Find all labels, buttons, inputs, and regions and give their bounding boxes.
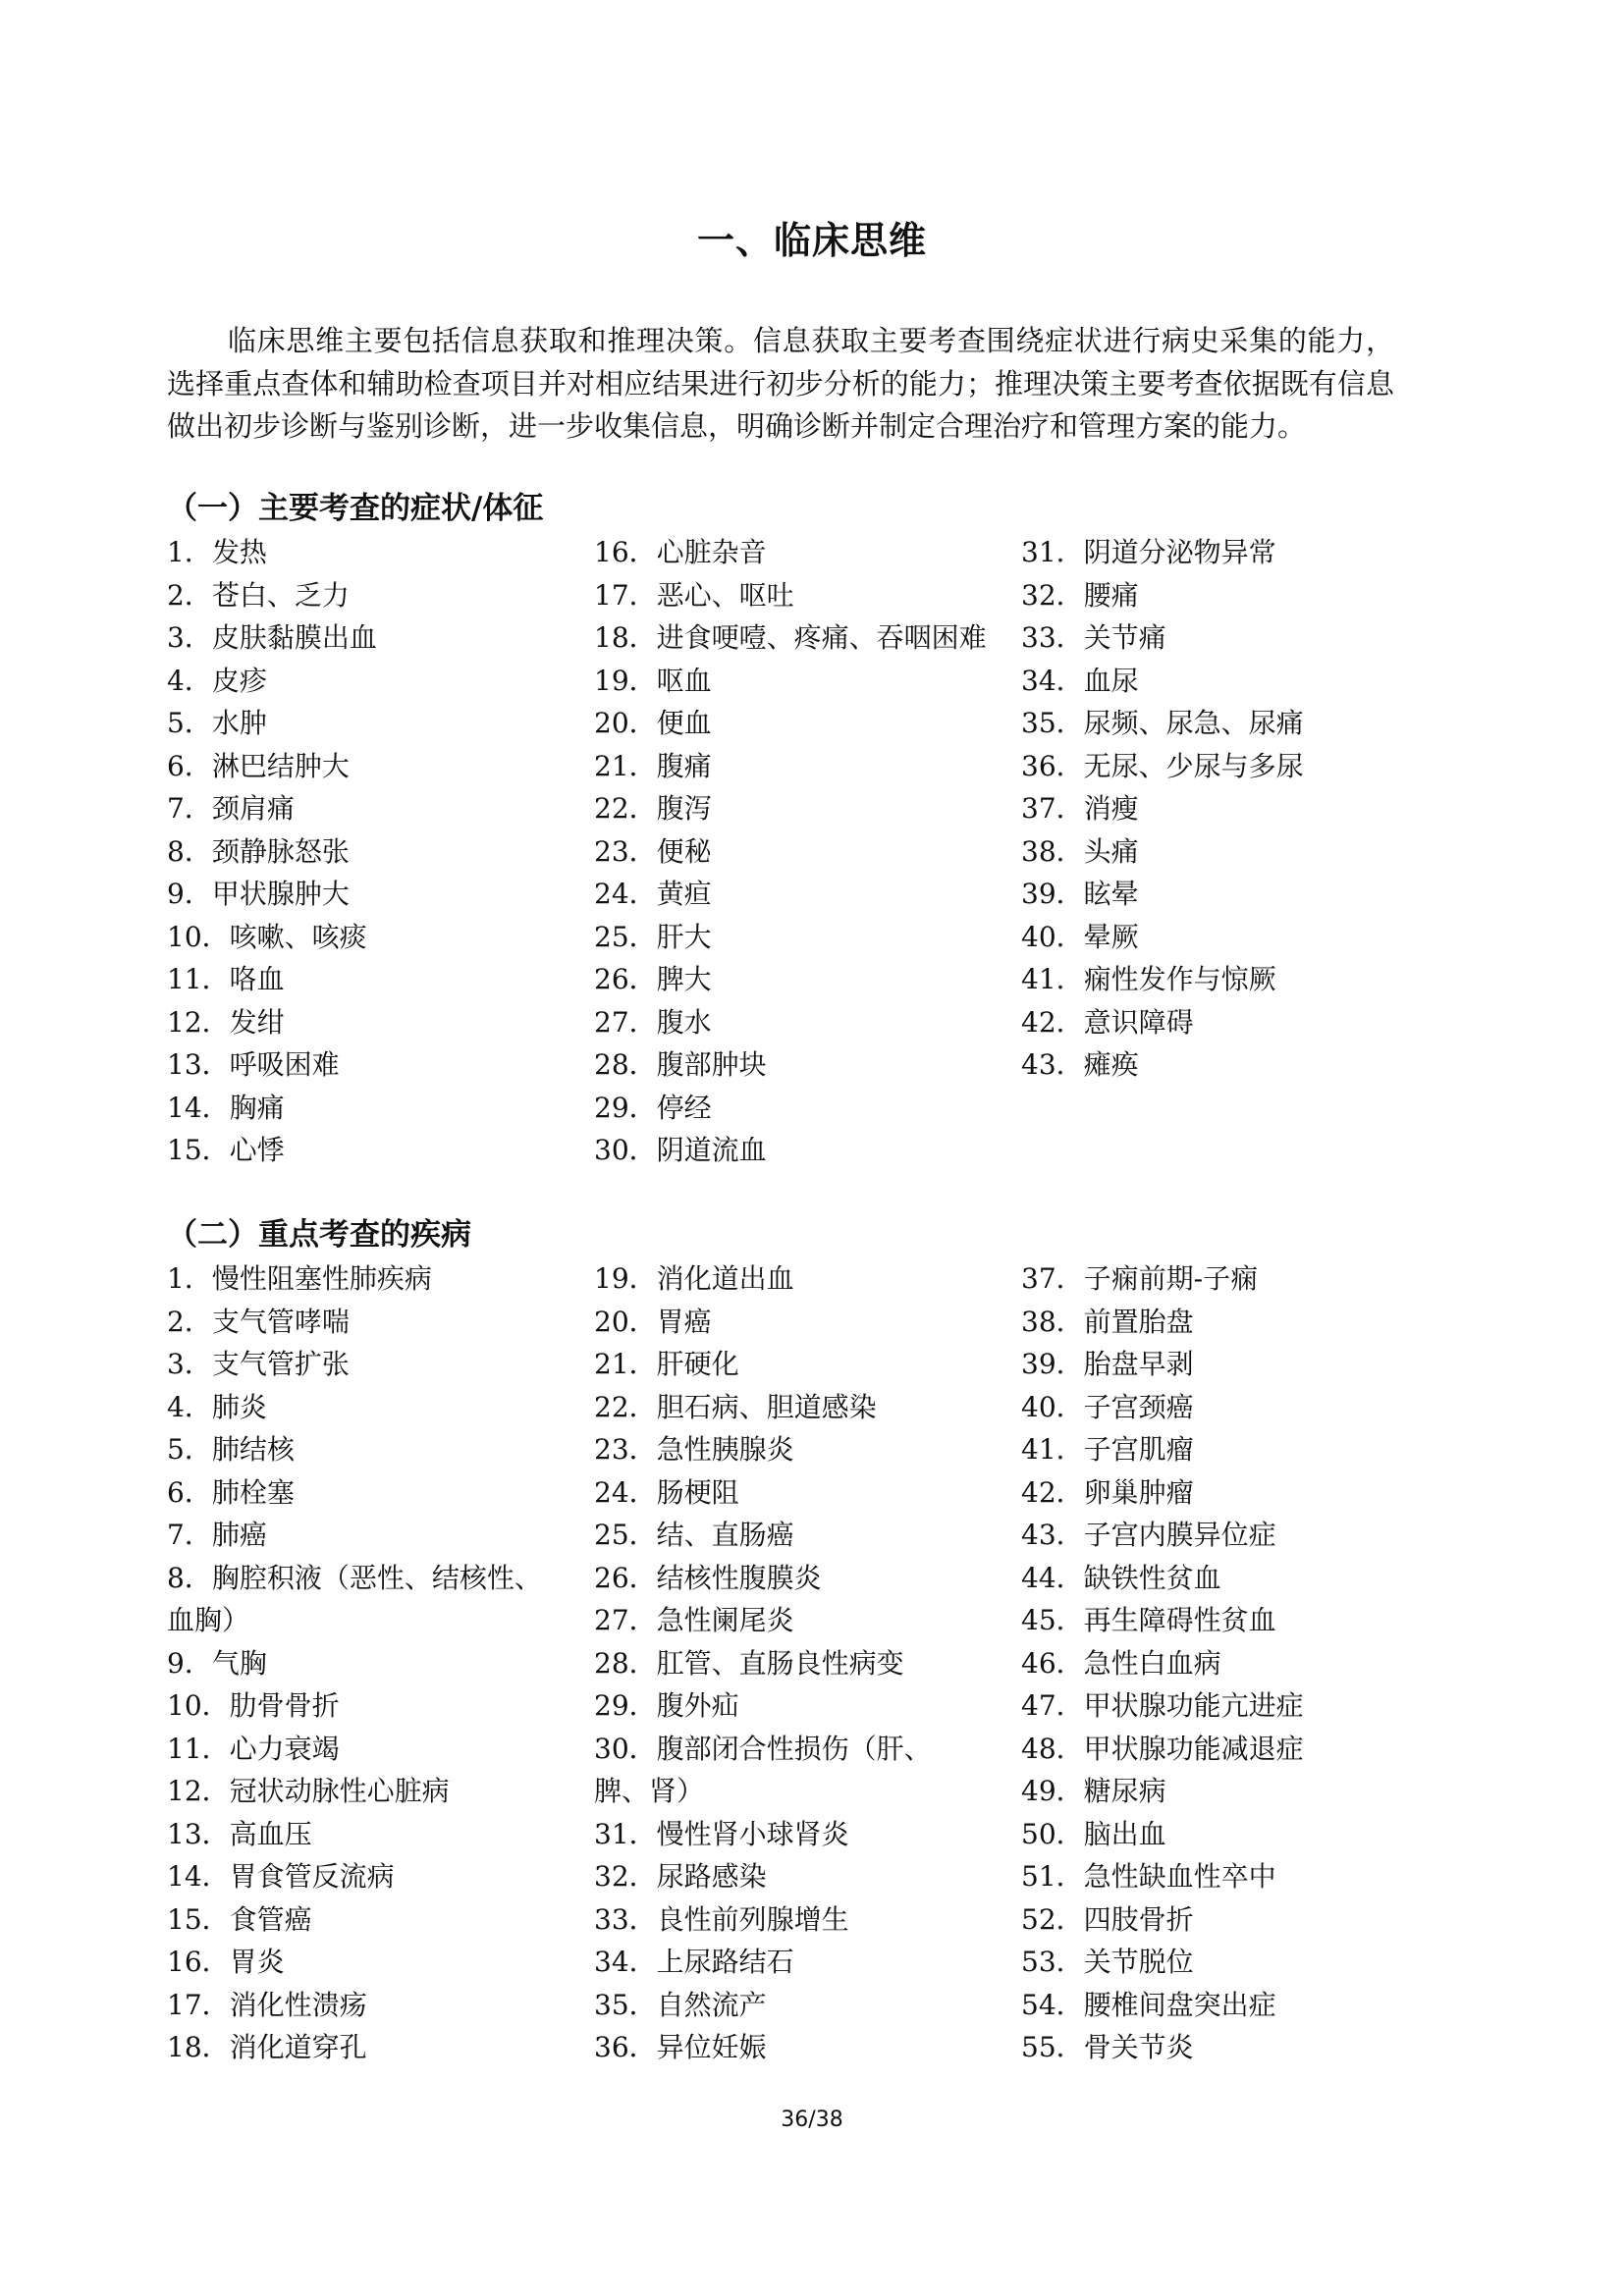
list-item: 6．肺栓塞	[167, 1471, 560, 1515]
diseases-col-2: 19．消化道出血20．胃癌21．肝硬化22．胆石病、胆道感染23．急性胰腺炎24…	[594, 1257, 977, 2069]
list-item: 23．便秘	[594, 830, 1006, 874]
symptoms-col-3: 31．阴道分泌物异常32．腰痛33．关节痛34．血尿35．尿频、尿急、尿痛36．…	[1021, 531, 1414, 1087]
list-item: 28．肛管、直肠良性病变	[594, 1642, 977, 1685]
list-item: 15．食管癌	[167, 1898, 560, 1942]
symptoms-col-1: 1．发热2．苍白、乏力3．皮肤黏膜出血4．皮疹5．水肿6．淋巴结肿大7．颈肩痛8…	[167, 531, 579, 1172]
list-item: 8．胸腔积液（恶性、结核性、血胸）	[167, 1557, 560, 1642]
list-item: 25．结、直肠癌	[594, 1514, 977, 1557]
list-item: 17．恶心、呕吐	[594, 574, 1006, 617]
list-item: 17．消化性溃疡	[167, 1984, 560, 2027]
list-item: 10．肋骨骨折	[167, 1684, 560, 1728]
list-item: 27．腹水	[594, 1001, 1006, 1044]
list-item: 42．意识障碍	[1021, 1001, 1414, 1044]
list-item: 38．前置胎盘	[1021, 1301, 1414, 1344]
list-item: 36．异位妊娠	[594, 2026, 977, 2069]
list-item: 36．无尿、少尿与多尿	[1021, 745, 1414, 788]
list-item: 14．胸痛	[167, 1087, 579, 1130]
diseases-col-1: 1．慢性阻塞性肺疾病2．支气管哮喘3．支气管扩张4．肺炎5．肺结核6．肺栓塞7．…	[167, 1257, 560, 2069]
list-item: 29．腹外疝	[594, 1684, 977, 1728]
list-item: 38．头痛	[1021, 830, 1414, 874]
list-item: 37．消瘦	[1021, 787, 1414, 830]
list-item: 4．肺炎	[167, 1386, 560, 1429]
list-item: 20．便血	[594, 702, 1006, 745]
list-item: 40．子宫颈癌	[1021, 1386, 1414, 1429]
list-item: 18．消化道穿孔	[167, 2026, 560, 2069]
list-item: 37．子痫前期-子痫	[1021, 1257, 1414, 1301]
list-item: 22．腹泻	[594, 787, 1006, 830]
list-item: 2．支气管哮喘	[167, 1301, 560, 1344]
list-item: 33．良性前列腺增生	[594, 1898, 977, 1942]
list-item: 5．肺结核	[167, 1428, 560, 1471]
list-item: 7．颈肩痛	[167, 787, 579, 830]
list-item: 9．甲状腺肿大	[167, 873, 579, 916]
list-item: 43．瘫痪	[1021, 1043, 1414, 1087]
list-item: 29．停经	[594, 1087, 1006, 1130]
list-item: 18．进食哽噎、疼痛、吞咽困难	[594, 616, 1006, 660]
list-item: 32．腰痛	[1021, 574, 1414, 617]
list-item: 35．尿频、尿急、尿痛	[1021, 702, 1414, 745]
list-item: 3．皮肤黏膜出血	[167, 616, 579, 660]
list-item: 22．胆石病、胆道感染	[594, 1386, 977, 1429]
list-item: 1．慢性阻塞性肺疾病	[167, 1257, 560, 1301]
list-item: 35．自然流产	[594, 1984, 977, 2027]
list-item: 19．呕血	[594, 660, 1006, 703]
list-item: 16．心脏杂音	[594, 531, 1006, 574]
list-item: 11．心力衰竭	[167, 1728, 560, 1771]
list-item: 27．急性阑尾炎	[594, 1599, 977, 1642]
symptoms-heading: （一）主要考查的症状/体征	[167, 488, 543, 531]
list-item: 15．心悸	[167, 1129, 579, 1172]
list-item: 52．四肢骨折	[1021, 1898, 1414, 1942]
list-item: 43．子宫内膜异位症	[1021, 1514, 1414, 1557]
list-item: 3．支气管扩张	[167, 1343, 560, 1386]
list-item: 50．脑出血	[1021, 1813, 1414, 1856]
list-item: 21．腹痛	[594, 745, 1006, 788]
list-item: 32．尿路感染	[594, 1855, 977, 1898]
page-number: 36/38	[0, 2108, 1624, 2132]
list-item: 41．痫性发作与惊厥	[1021, 958, 1414, 1001]
list-item: 42．卵巢肿瘤	[1021, 1471, 1414, 1515]
list-item: 12．冠状动脉性心脏病	[167, 1770, 560, 1813]
list-item: 48．甲状腺功能减退症	[1021, 1728, 1414, 1771]
intro-paragraph: 临床思维主要包括信息获取和推理决策。信息获取主要考查围绕症状进行病史采集的能力，…	[167, 320, 1394, 449]
list-item: 24．黄疸	[594, 873, 1006, 916]
list-item: 24．肠梗阻	[594, 1471, 977, 1515]
list-item: 13．高血压	[167, 1813, 560, 1856]
list-item: 25．肝大	[594, 916, 1006, 959]
list-item: 31．慢性肾小球肾炎	[594, 1813, 977, 1856]
list-item: 53．关节脱位	[1021, 1941, 1414, 1984]
list-item: 41．子宫肌瘤	[1021, 1428, 1414, 1471]
list-item: 31．阴道分泌物异常	[1021, 531, 1414, 574]
symptoms-col-2: 16．心脏杂音17．恶心、呕吐18．进食哽噎、疼痛、吞咽困难19．呕血20．便血…	[594, 531, 1006, 1172]
list-item: 1．发热	[167, 531, 579, 574]
list-item: 47．甲状腺功能亢进症	[1021, 1684, 1414, 1728]
list-item: 23．急性胰腺炎	[594, 1428, 977, 1471]
list-item: 40．晕厥	[1021, 916, 1414, 959]
list-item: 21．肝硬化	[594, 1343, 977, 1386]
list-item: 39．胎盘早剥	[1021, 1343, 1414, 1386]
list-item: 4．皮疹	[167, 660, 579, 703]
list-item: 7．肺癌	[167, 1514, 560, 1557]
page-title: 一、临床思维	[0, 210, 1624, 264]
list-item: 16．胃炎	[167, 1941, 560, 1984]
list-item: 30．腹部闭合性损伤（肝、脾、肾）	[594, 1728, 977, 1813]
list-item: 51．急性缺血性卒中	[1021, 1855, 1414, 1898]
diseases-heading: （二）重点考查的疾病	[167, 1214, 471, 1257]
list-item: 26．结核性腹膜炎	[594, 1557, 977, 1600]
list-item: 13．呼吸困难	[167, 1043, 579, 1087]
list-item: 46．急性白血病	[1021, 1642, 1414, 1685]
list-item: 11．咯血	[167, 958, 579, 1001]
list-item: 14．胃食管反流病	[167, 1855, 560, 1898]
list-item: 19．消化道出血	[594, 1257, 977, 1301]
list-item: 20．胃癌	[594, 1301, 977, 1344]
list-item: 34．上尿路结石	[594, 1941, 977, 1984]
list-item: 30．阴道流血	[594, 1129, 1006, 1172]
list-item: 8．颈静脉怒张	[167, 830, 579, 874]
list-item: 44．缺铁性贫血	[1021, 1557, 1414, 1600]
list-item: 10．咳嗽、咳痰	[167, 916, 579, 959]
list-item: 54．腰椎间盘突出症	[1021, 1984, 1414, 2027]
list-item: 12．发绀	[167, 1001, 579, 1044]
list-item: 34．血尿	[1021, 660, 1414, 703]
list-item: 2．苍白、乏力	[167, 574, 579, 617]
list-item: 49．糖尿病	[1021, 1770, 1414, 1813]
diseases-col-3: 37．子痫前期-子痫38．前置胎盘39．胎盘早剥40．子宫颈癌41．子宫肌瘤42…	[1021, 1257, 1414, 2069]
list-item: 6．淋巴结肿大	[167, 745, 579, 788]
list-item: 45．再生障碍性贫血	[1021, 1599, 1414, 1642]
list-item: 26．脾大	[594, 958, 1006, 1001]
list-item: 5．水肿	[167, 702, 579, 745]
list-item: 33．关节痛	[1021, 616, 1414, 660]
list-item: 39．眩晕	[1021, 873, 1414, 916]
list-item: 28．腹部肿块	[594, 1043, 1006, 1087]
list-item: 9．气胸	[167, 1642, 560, 1685]
list-item: 55．骨关节炎	[1021, 2026, 1414, 2069]
